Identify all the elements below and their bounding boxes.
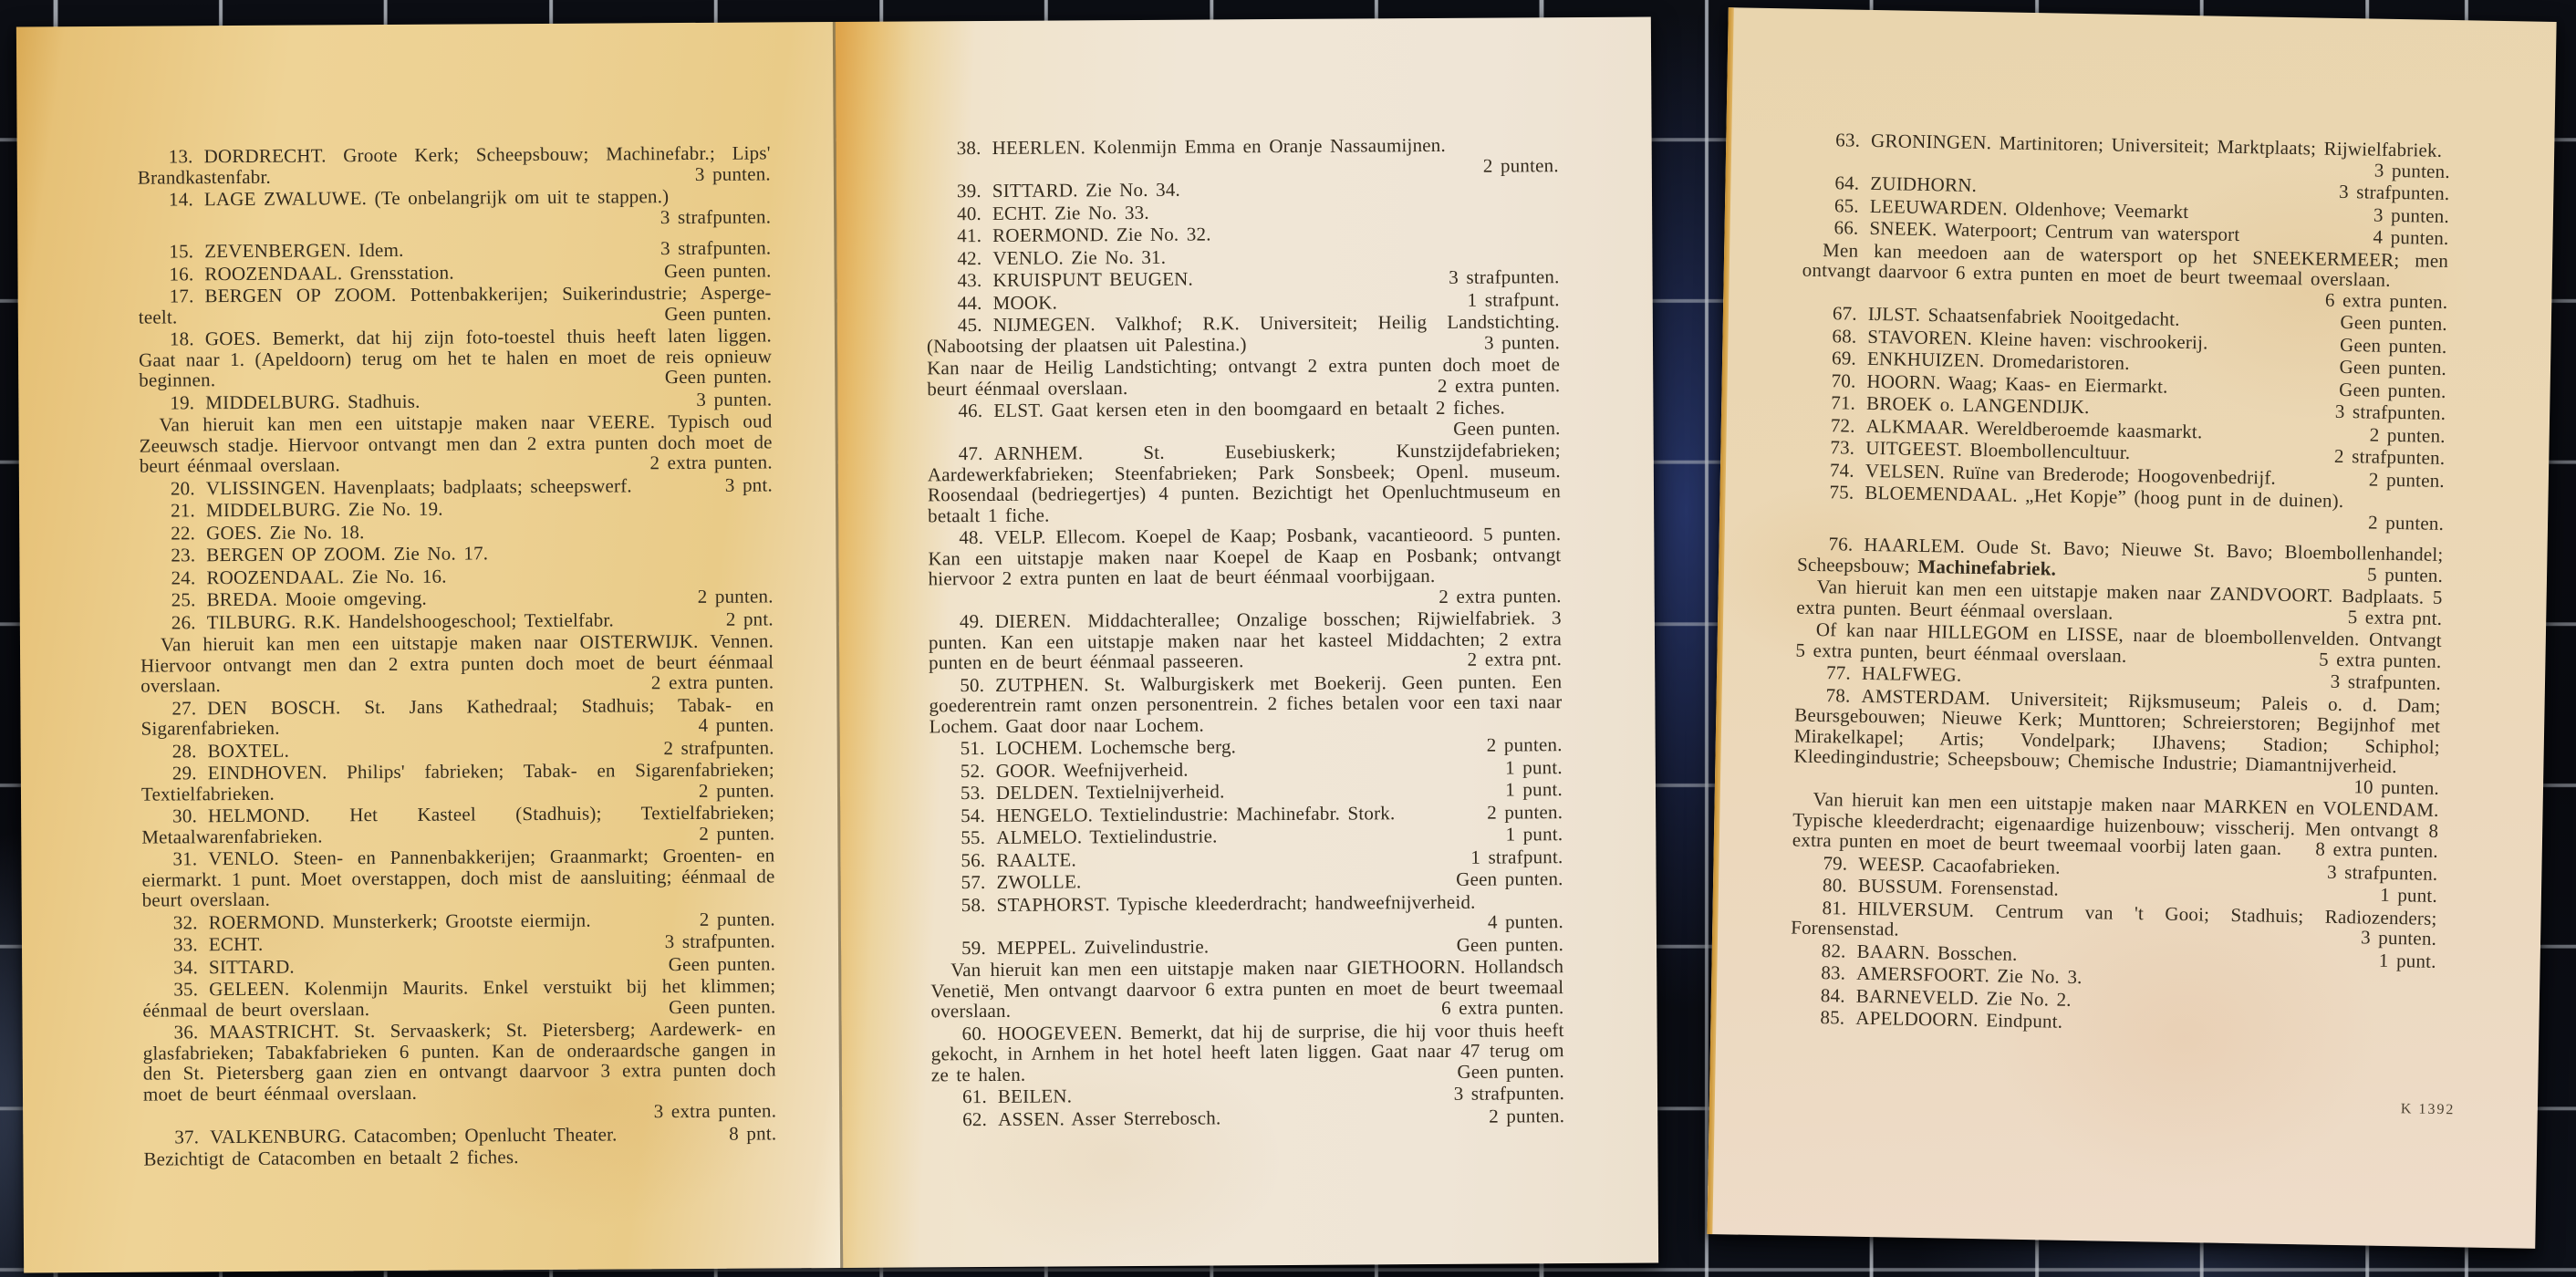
entry: 51.LOCHEM. Lochemsche berg.2 punten. xyxy=(930,734,1563,759)
entry-points: Geen punten. xyxy=(1426,934,1564,955)
entry-text: ASSEN. Asser Sterrebosch. xyxy=(998,1106,1220,1129)
entry: 21.MIDDELBURG. Zie No. 19. xyxy=(140,496,773,521)
entry-number: 33. xyxy=(173,933,198,955)
entry: 25.BREDA. Mooie omgeving.2 punten. xyxy=(140,586,774,610)
entry: 53.DELDEN. Textielnijverheid.1 punt. xyxy=(930,779,1563,804)
entry-points: Geen punten. xyxy=(2309,311,2447,334)
entry-number: 67. xyxy=(1833,302,1857,324)
entry-text: BROEK o. LANGENDIJK. xyxy=(1866,392,2090,418)
entry: 60.HOOGEVEEN. Bemerkt, dat hij de surpri… xyxy=(931,1020,1564,1085)
entry-text: ROOZENDAAL. Grensstation. xyxy=(204,261,454,285)
entry: 49.DIEREN. Middachterallee; Onzalige bos… xyxy=(929,607,1562,673)
entry: 26.TILBURG. R.K. Handelshoogeschool; Tex… xyxy=(140,608,774,633)
entry-text: ZUTPHEN. St. Walburgiskerk met Boekerij.… xyxy=(929,670,1562,737)
entry-number: 60. xyxy=(962,1023,987,1044)
entry-text: BEILEN. xyxy=(998,1085,1072,1106)
entry-text: LAGE ZWALUWE. (Te onbelangrijk om uit te… xyxy=(204,185,670,210)
entry: 78.AMSTERDAM. Universiteit; Rijksmuseum;… xyxy=(1793,684,2441,798)
entry-text: SITTARD. xyxy=(209,955,295,978)
entry-points: 3 strafpunten. xyxy=(1418,266,1559,287)
entry: 58.STAPHORST. Typische kleederdracht; ha… xyxy=(930,891,1563,936)
entry-number: 46. xyxy=(958,400,982,421)
entry-text: ROERMOND. Munsterkerk; Grootste eiermijn… xyxy=(209,908,591,933)
entry-number: 65. xyxy=(1834,194,1859,216)
entry-points: 8 pnt. xyxy=(698,1123,776,1144)
entry-text: ROOZENDAAL. Zie No. 16. xyxy=(206,565,446,588)
entry-number: 83. xyxy=(1821,961,1845,983)
entry-number: 82. xyxy=(1822,940,1846,961)
entry-number: 15. xyxy=(169,240,193,262)
entry-number: 72. xyxy=(1831,414,1855,436)
entry-number: 13. xyxy=(169,145,193,167)
entry: 22.GOES. Zie No. 18. xyxy=(140,519,773,544)
entry: Van hieruit kan men een uitstapje maken … xyxy=(1792,789,2439,862)
entry-points: 2 punten. xyxy=(668,823,774,844)
entry-number: 66. xyxy=(1833,216,1858,238)
entry: 50.ZUTPHEN. St. Walburgiskerk met Boeker… xyxy=(929,671,1562,737)
entry-number: 58. xyxy=(961,894,986,916)
entry-number: 37. xyxy=(174,1126,199,1147)
entry-number: 50. xyxy=(960,674,984,696)
entry-text: KRUISPUNT BEUGEN. xyxy=(992,268,1193,291)
entry-number: 36. xyxy=(174,1021,199,1043)
entry-number: 61. xyxy=(962,1085,987,1107)
entry-number: 71. xyxy=(1831,391,1855,413)
entry-text: STAPHORST. Typische kleederdracht; handw… xyxy=(997,890,1476,915)
entry: 43.KRUISPUNT BEUGEN.3 strafpunten. xyxy=(926,266,1559,291)
entry: Van hieruit kan men een uitstapje maken … xyxy=(930,956,1563,1022)
entry-number: 68. xyxy=(1832,325,1856,347)
entry-text: MIDDELBURG. Zie No. 19. xyxy=(206,498,443,522)
entry-text: SITTARD. Zie No. 34. xyxy=(992,179,1180,202)
entry-points: 3 strafpunten. xyxy=(2304,400,2446,423)
entry: 57.ZWOLLE.Geen punten. xyxy=(930,868,1563,893)
entry: 47.ARNHEM. St. Eusebiuskerk; Kunstzijdef… xyxy=(928,440,1562,525)
entry-points: 5 extra pnt. xyxy=(2328,606,2443,628)
entry-number: 64. xyxy=(1834,171,1859,193)
entry: 31.VENLO. Steen- en Pannenbakkerijen; Gr… xyxy=(141,845,774,910)
entry-points: 2 extra punten. xyxy=(1407,586,1562,607)
entry-text: LOCHEM. Lochemsche berg. xyxy=(995,735,1236,759)
entry-number: 39. xyxy=(957,180,982,202)
entry-number: 49. xyxy=(960,610,984,632)
entry-text: VALKENBURG. Catacomben; Openlucht Theate… xyxy=(210,1123,618,1147)
entry: 52.GOOR. Weefnijverheid.1 punt. xyxy=(930,757,1563,782)
entry-points: 2 extra punten. xyxy=(631,671,774,692)
entry-points: 1 punt. xyxy=(1474,779,1563,800)
entry-text: VELP. Ellecom. Koepel de Kaap; Posbank, … xyxy=(928,523,1561,589)
entry: 24.ROOZENDAAL. Zie No. 16. xyxy=(140,564,773,588)
entry-number: 45. xyxy=(958,314,982,336)
entry-points: 2 pnt. xyxy=(695,608,774,629)
entry-number: 51. xyxy=(961,737,985,759)
entry-points: 1 strafpunt. xyxy=(1437,289,1560,310)
entry-text: GRONINGEN. Martinitoren; Universiteit; M… xyxy=(1871,130,2442,161)
entry: 29.EINDHOVEN. Philips' fabrieken; Tabak-… xyxy=(141,759,774,804)
entry-text: VLISSINGEN. Havenplaats; badplaats; sche… xyxy=(206,474,632,499)
entry-text: BUSSUM. Forensenstad. xyxy=(1858,875,2060,900)
entry-number: 62. xyxy=(962,1108,987,1130)
entry: 33.ECHT.3 strafpunten. xyxy=(142,930,775,955)
entry-text: ZUIDHORN. xyxy=(1870,172,1977,196)
entry-number: 31. xyxy=(172,847,197,869)
entry-points: 3 strafpunten. xyxy=(2308,181,2450,203)
entry-number: 28. xyxy=(172,740,197,762)
entry-points: 2 punten. xyxy=(668,780,774,801)
entry-number: 85. xyxy=(1820,1006,1844,1028)
entry-points: Geen punten. xyxy=(1422,418,1561,439)
entry-points: 3 punten. xyxy=(664,163,771,184)
entry-text: ARNHEM. St. Eusebiuskerk; Kunstzijdefabr… xyxy=(928,439,1561,526)
entry: 13.DORDRECHT. Groote Kerk; Scheepsbouw; … xyxy=(138,142,771,187)
entry-points: Geen punten. xyxy=(633,260,772,281)
entry-text-bold: Machinefabriek. xyxy=(1917,555,2056,579)
entry-text: ROERMOND. Zie No. 32. xyxy=(992,223,1211,245)
entry: 35.GELEEN. Kolenmijn Maurits. Enkel vers… xyxy=(142,975,775,1020)
entry-text: BREDA. Mooie omgeving. xyxy=(206,587,427,610)
entry: 36.MAASTRICHT. St. Servaaskerk; St. Piet… xyxy=(143,1018,777,1125)
entry: 54.HENGELO. Textielindustrie: Machinefab… xyxy=(930,802,1563,826)
entry: 62.ASSEN. Asser Sterrebosch.2 punten. xyxy=(931,1106,1564,1130)
entry-points: Geen punten. xyxy=(2308,379,2446,401)
entry-points: 3 punten. xyxy=(2342,203,2449,226)
entry-points: 2 strafpunten. xyxy=(2303,445,2446,468)
entry-points: 1 punt. xyxy=(2349,884,2437,906)
entry-text: HALFWEG. xyxy=(1862,662,1962,686)
photo-tiled-background: 13.DORDRECHT. Groote Kerk; Scheepsbouw; … xyxy=(0,0,2576,1277)
entry: 40.ECHT. Zie No. 33. xyxy=(926,200,1559,224)
entry-points: Geen punten. xyxy=(638,953,776,974)
entry: Kan naar de Heilig Landstichting; ontvan… xyxy=(927,354,1560,399)
entry-number: 19. xyxy=(170,391,194,413)
entry: Van hieruit kan men een uitstapje maken … xyxy=(140,630,774,696)
entry-points: 5 punten. xyxy=(2336,563,2443,586)
entry-number: 14. xyxy=(169,188,193,210)
entry: 38.HEERLEN. Kolenmijn Emma en Oranje Nas… xyxy=(926,134,1559,179)
entry: 20.VLISSINGEN. Havenplaats; badplaats; s… xyxy=(140,474,773,499)
entry-points: Geen punten. xyxy=(1426,1061,1564,1082)
entry-number: 20. xyxy=(171,477,195,499)
entry: 42.VENLO. Zie No. 31. xyxy=(926,244,1559,269)
entry-number: 47. xyxy=(959,442,983,464)
entry-points: 2 punten. xyxy=(1456,802,1563,823)
entry-number: 38. xyxy=(957,137,982,159)
entry-points: 2 extra punten. xyxy=(629,452,773,472)
entry-number: 63. xyxy=(1835,129,1860,151)
open-booklet: 13.DORDRECHT. Groote Kerk; Scheepsbouw; … xyxy=(16,17,1658,1273)
entry-number: 48. xyxy=(959,526,983,548)
entry-text: MEPPEL. Zuivelindustrie. xyxy=(997,935,1210,958)
entry-points: 2 punten. xyxy=(2338,468,2445,491)
entry-text: TILBURG. R.K. Handelshoogeschool; Textie… xyxy=(207,608,614,633)
entry: Men kan meedoen aan de watersport op het… xyxy=(1802,239,2448,312)
entry-number: 77. xyxy=(1826,661,1851,683)
entry: 18.GOES. Bemerkt, dat hij zijn foto-toes… xyxy=(139,325,772,390)
entry: 56.RAALTE.1 strafpunt. xyxy=(930,846,1563,871)
entry-number: 54. xyxy=(961,805,985,826)
entry: 55.ALMELO. Textielindustrie.1 punt. xyxy=(930,824,1563,848)
entry-points: 2 punten. xyxy=(2339,423,2446,446)
entry-points: 2 punten. xyxy=(1456,734,1563,755)
entry-number: 24. xyxy=(171,566,195,588)
loose-right-page: 63.GRONINGEN. Martinitoren; Universiteit… xyxy=(1707,7,2556,1249)
entry-text: ECHT. Zie No. 33. xyxy=(992,201,1149,223)
entry-points: 2 punten. xyxy=(1458,1106,1564,1126)
entry-number: 35. xyxy=(173,978,198,1000)
entry: Bezichtigt de Catacomben en betaalt 2 fi… xyxy=(143,1145,776,1169)
entry-number: 76. xyxy=(1828,533,1853,555)
entry-text: BERGEN OP ZOOM. Zie No. 17. xyxy=(206,542,488,566)
entry-number: 18. xyxy=(170,327,194,349)
entry: 15.ZEVENBERGEN. Idem.3 strafpunten. xyxy=(138,237,771,262)
entry-points: 3 strafpunten. xyxy=(1423,1083,1564,1104)
entry: 14.LAGE ZWALUWE. (Te onbelangrijk om uit… xyxy=(138,185,771,230)
entry: 28.BOXTEL.2 strafpunten. xyxy=(141,737,774,762)
entry-text: MAASTRICHT. St. Servaaskerk; St. Pieters… xyxy=(143,1017,776,1105)
entry-number: 73. xyxy=(1830,436,1854,458)
entry-text: APELDOORN. Eindpunt. xyxy=(1855,1007,2062,1033)
entry-number: 29. xyxy=(172,762,197,784)
entry-points: 3 punten. xyxy=(2343,159,2450,182)
entry-points: 3 punten. xyxy=(2330,927,2436,950)
entry-number: 70. xyxy=(1831,369,1855,391)
entry-text: ZEVENBERGEN. Idem. xyxy=(204,239,403,262)
entry-points: 5 extra punten. xyxy=(2299,649,2442,671)
entry-number: 80. xyxy=(1823,874,1847,896)
entry-text: BARNEVELD. Zie No. 2. xyxy=(1856,984,2072,1010)
entry-number: 23. xyxy=(171,544,195,566)
entry: 23.BERGEN OP ZOOM. Zie No. 17. xyxy=(140,541,773,566)
entry-number: 78. xyxy=(1825,684,1850,706)
entry: 48.VELP. Ellecom. Koepel de Kaap; Posban… xyxy=(928,524,1562,609)
entry: 19.MIDDELBURG. Stadhuis.3 punten. xyxy=(139,389,772,413)
entry-number: 56. xyxy=(961,849,985,871)
entry-number: 81. xyxy=(1822,897,1846,919)
entry-number: 79. xyxy=(1823,852,1847,874)
entry-points: 3 strafpunten. xyxy=(2300,670,2442,693)
entry: 75.BLOEMENDAAL. „Het Kopje” (hoog punt i… xyxy=(1798,482,2445,534)
entry-number: 43. xyxy=(957,269,982,291)
entry-text: BAARN. Bosschen. xyxy=(1856,940,2017,964)
entry-number: 52. xyxy=(961,760,985,782)
entry-text: GOOR. Weefnijverheid. xyxy=(996,758,1189,781)
entry: 46.ELST. Gaat kersen eten in den boomgaa… xyxy=(927,397,1560,441)
entry-number: 30. xyxy=(172,805,197,826)
entry-text: ELST. Gaat kersen eten in den boomgaard … xyxy=(993,397,1505,421)
entry-number: 42. xyxy=(957,247,982,269)
entry-number: 40. xyxy=(957,202,982,224)
entry-points: 3 strafpunten. xyxy=(634,930,775,951)
entry-points: 4 punten. xyxy=(1457,911,1563,932)
entry-text: HEERLEN. Kolenmijn Emma en Oranje Nassau… xyxy=(992,134,1446,159)
entry-points: 1 punt. xyxy=(1474,824,1563,845)
entry: 30.HELMOND. Het Kasteel (Stadhuis); Text… xyxy=(141,802,774,846)
entry-number: 27. xyxy=(171,697,196,719)
entry-number: 74. xyxy=(1830,459,1854,481)
entry: 27.DEN BOSCH. St. Jans Kathedraal; Stadh… xyxy=(140,694,774,739)
entry-points: 10 punten. xyxy=(2322,775,2439,798)
entry-points: 3 strafpunten. xyxy=(2296,861,2438,884)
booklet-right-page: 38.HEERLEN. Kolenmijn Emma en Oranje Nas… xyxy=(836,17,1658,1268)
entry-points: Geen punten. xyxy=(634,366,773,387)
entry-number: 26. xyxy=(171,611,196,633)
entry: 39.SITTARD. Zie No. 34. xyxy=(926,177,1559,202)
entry-number: 32. xyxy=(173,911,198,933)
entry-text: ZWOLLE. xyxy=(996,870,1081,893)
entry: 45.NIJMEGEN. Valkhof; R.K. Universiteit;… xyxy=(927,311,1560,356)
entry-text: MIDDELBURG. Stadhuis. xyxy=(205,389,420,412)
entry-text: AMERSFOORT. Zie No. 3. xyxy=(1856,962,2083,988)
entry-text: GOES. Zie No. 18. xyxy=(206,521,365,544)
entry-number: 75. xyxy=(1829,481,1854,503)
entry-text: ALMELO. Textielindustrie. xyxy=(996,825,1218,847)
entry-points: 2 punten. xyxy=(669,908,775,929)
entry: 16.ROOZENDAAL. Grensstation.Geen punten. xyxy=(138,260,771,285)
entry-points: 2 strafpunten. xyxy=(632,737,774,758)
entry: 41.ROERMOND. Zie No. 32. xyxy=(926,222,1559,246)
entry-number: 21. xyxy=(171,499,195,521)
entry-number: 22. xyxy=(171,522,195,544)
entry-points: 3 strafpunten. xyxy=(629,237,771,258)
entry-points: 1 punt. xyxy=(1474,757,1563,778)
entry-text: AMSTERDAM. Universiteit; Rijksmuseum; Pa… xyxy=(1793,684,2440,777)
entry-text: MOOK. xyxy=(992,291,1057,313)
entry-number: 16. xyxy=(169,263,193,285)
entry: 44.MOOK.1 strafpunt. xyxy=(927,289,1560,314)
entry: Van hieruit kan men een uitstapje maken … xyxy=(139,410,772,476)
entry: 17.BERGEN OP ZOOM. Pottenbakkerijen; Sui… xyxy=(139,282,772,327)
booklet-left-page: 13.DORDRECHT. Groote Kerk; Scheepsbouw; … xyxy=(16,22,843,1272)
entry-number: 44. xyxy=(958,292,982,314)
entry-points: Geen punten. xyxy=(2309,334,2447,357)
entry-points: Geen punten. xyxy=(2308,356,2446,379)
entry-points: 1 punt. xyxy=(2348,950,2436,971)
entry-points: 3 punten. xyxy=(1453,332,1560,353)
entry-text: WEESP. Cacaofabrieken. xyxy=(1858,852,2061,877)
entry: 34.SITTARD.Geen punten. xyxy=(142,953,775,978)
entry-number: 57. xyxy=(961,871,986,893)
print-code: K 1392 xyxy=(2401,1101,2456,1118)
entry-number: 17. xyxy=(170,285,194,306)
entry-number: 84. xyxy=(1821,984,1845,1006)
middle-page-entry-list: 38.HEERLEN. Kolenmijn Emma en Oranje Nas… xyxy=(926,134,1565,1131)
entry-text: DELDEN. Textielnijverheid. xyxy=(996,780,1225,804)
entry-text: ECHT. xyxy=(209,933,264,955)
entry-points: Geen punten. xyxy=(633,303,772,324)
entry-number: 41. xyxy=(957,224,982,246)
entry-points: 4 punten. xyxy=(667,714,774,735)
entry-points: 2 extra punten. xyxy=(1438,375,1561,396)
entry-text: VENLO. Zie No. 31. xyxy=(992,245,1166,268)
entry-number: 55. xyxy=(961,826,985,848)
entry-number: 25. xyxy=(171,588,196,610)
entry-text: VENLO. Steen- en Pannenbakkerijen; Graan… xyxy=(141,844,774,910)
entry-points: 8 extra punten. xyxy=(2295,838,2438,861)
entry-points: Geen punten. xyxy=(1425,868,1563,889)
entry-text: Bezichtigt de Catacomben en betaalt 2 fi… xyxy=(143,1146,518,1170)
entry: 32.ROERMOND. Munsterkerk; Grootste eierm… xyxy=(142,908,775,933)
entry-points: Geen punten. xyxy=(638,996,776,1017)
entry: 37.VALKENBURG. Catacomben; Openlucht The… xyxy=(143,1123,776,1147)
entry: 61.BEILEN.3 strafpunten. xyxy=(931,1083,1564,1107)
left-page-entry-list: 13.DORDRECHT. Groote Kerk; Scheepsbouw; … xyxy=(138,142,777,1171)
entry-points: 2 extra pnt. xyxy=(1437,649,1563,670)
entry-number: 34. xyxy=(173,956,198,978)
entry: 59.MEPPEL. Zuivelindustrie.Geen punten. xyxy=(930,934,1563,959)
entry-points: 6 extra punten. xyxy=(1421,997,1564,1018)
entry-points: 6 extra punten. xyxy=(2305,289,2448,312)
entry-points: 3 punten. xyxy=(665,389,772,410)
entry-text: BOXTEL. xyxy=(207,739,289,762)
entry-points: 2 punten. xyxy=(667,586,774,607)
right-page-entry-list: 63.GRONINGEN. Martinitoren; Universiteit… xyxy=(1789,130,2450,1041)
entry-points: 3 pnt. xyxy=(694,474,773,495)
entry-text: HENGELO. Textielindustrie: Machinefabr. … xyxy=(996,802,1396,826)
entry-number: 59. xyxy=(961,937,986,959)
entry-points: 4 punten. xyxy=(2342,226,2448,249)
entry-number: 53. xyxy=(961,782,985,804)
entry-text: RAALTE. xyxy=(996,848,1076,871)
entry-number: 69. xyxy=(1832,347,1856,369)
entry-points: 1 strafpunt. xyxy=(1439,846,1563,867)
